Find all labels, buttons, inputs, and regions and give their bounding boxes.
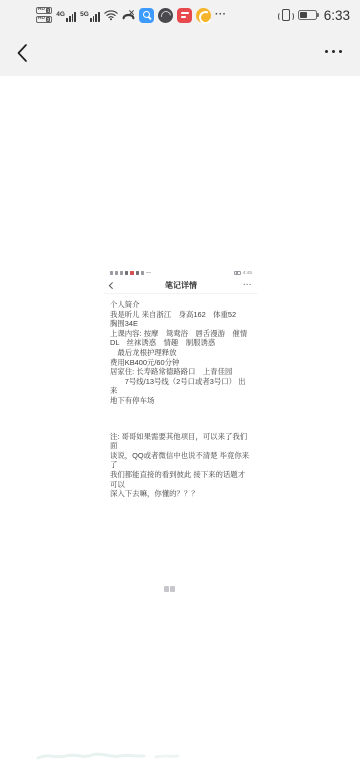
mini-more-icon: ··· [243,282,252,289]
note-line: 上课内容: 按摩 鸳鸯浴 唇舌漫游 催情 [110,329,252,339]
back-button[interactable] [16,43,28,63]
note-warning-text: 注: 哥哥如果需要其他项目，可以来了我们面 谈说，QQ或者微信中也说不清楚 毕竟… [110,432,252,499]
faint-watermark [36,750,196,760]
status-time: 6:33 [324,8,350,23]
note-line: 个人简介 [110,300,252,310]
note-text: 个人简介 我是昕儿 来自浙江 身高162 体重52 胸围34E 上课内容: 按摩… [104,294,258,499]
red-app-notification-icon [177,8,192,23]
mini-status-bar: 4:45 [104,264,258,277]
volte-hd-badges: HD1 HD2 [36,7,52,23]
mini-battery-icon [234,271,241,275]
note-line: 我是昕儿 来自浙江 身高162 体重52 [110,310,252,320]
tiny-unreadable-mark [164,586,175,592]
note-line: 7号线/13号线（2号口或者3号口） 出来 [110,377,252,396]
volte-hd-sim1-icon: HD1 [36,7,52,14]
note-line: 费用KB400元/60分钟 [110,358,252,368]
signal-5g-icon: 5G [80,9,100,22]
status-left-cluster: HD1 HD2 4G 5G [36,7,227,23]
volte-hd-sim2-icon: HD2 [36,16,52,23]
note-line: 谈说，QQ或者微信中也说不清楚 毕竟你来了 [110,451,252,470]
mini-status-icons [110,271,151,275]
more-notifications-icon: ··· [215,9,227,20]
signal-4g-icon: 4G [56,9,76,22]
note-line: 胸围34E [110,319,252,329]
mini-status-right: 4:45 [234,271,252,276]
orange-app-notification-icon [196,8,211,23]
note-line: 居家住: 长寿路常德路路口 上青佳园 [110,367,252,377]
phone-screen: HD1 HD2 4G 5G [0,0,360,760]
image-viewer[interactable]: 4:45 笔记详情 ··· 个人简介 我是昕儿 来自浙江 身高162 体重52 … [0,76,360,760]
mini-page-title: 笔记详情 [104,280,258,291]
globe-app-notification-icon [158,8,173,23]
phone-mute-icon [122,9,135,21]
note-line: 我们都能直接的看到彼此 接下来的话题才可以 [110,470,252,489]
search-app-notification-icon [139,8,154,23]
status-bar: HD1 HD2 4G 5G [0,0,360,30]
header [0,30,360,76]
mini-status-time: 4:45 [243,271,252,276]
note-line: DL 丝袜诱惑 情趣 制服诱惑 [110,338,252,348]
note-line: 注: 哥哥如果需要其他项目，可以来了我们面 [110,432,252,451]
note-line: 地下有停车场 [110,396,252,406]
more-menu-button[interactable] [325,50,342,53]
battery-icon [298,10,317,20]
wifi-icon [104,9,118,21]
note-line: 最后龙根护理释放 [110,348,252,358]
vibrate-icon [282,9,290,21]
mini-nav-bar: 笔记详情 ··· [104,277,258,294]
note-screenshot-image[interactable]: 4:45 笔记详情 ··· 个人简介 我是昕儿 来自浙江 身高162 体重52 … [104,264,258,616]
status-right-cluster: 6:33 [278,8,350,23]
note-line: 深入下去嘛，你懂的？？？ [110,489,252,499]
